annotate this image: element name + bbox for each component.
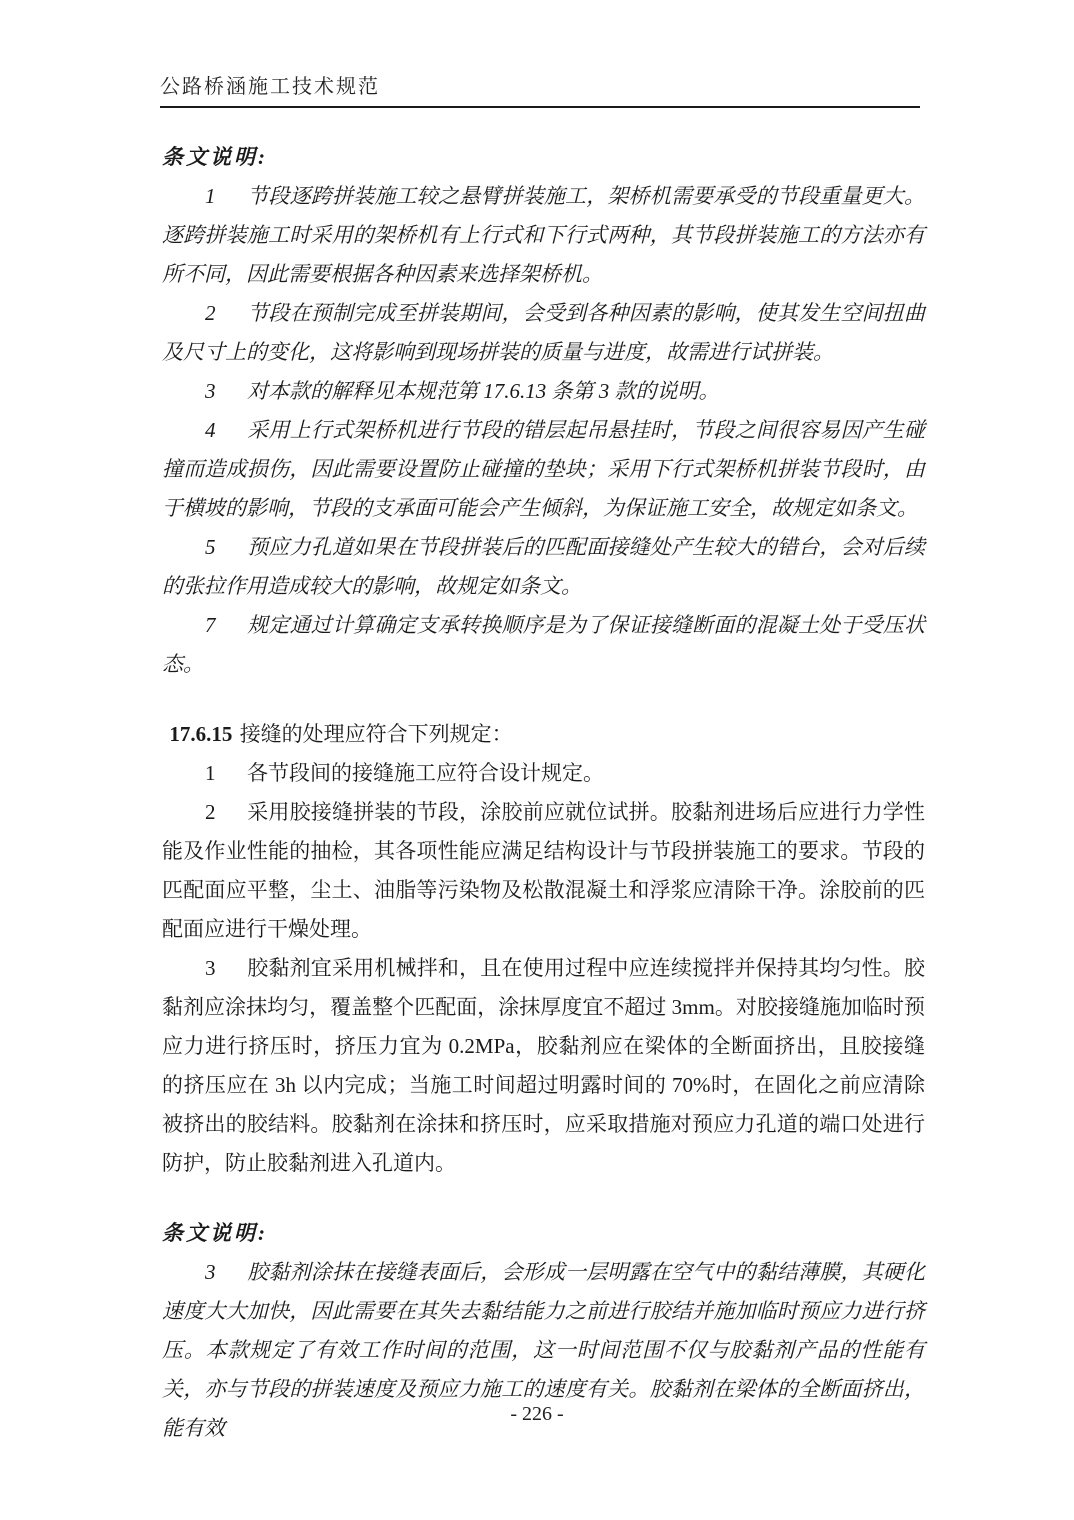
item-text: 采用上行式架桥机进行节段的错层起吊悬挂时，节段之间很容易因产生碰撞而造成损伤，因… [162, 418, 925, 520]
page-body: 条文说明:1节段逐跨拼装施工较之悬臂拼装施工，架桥机需要承受的节段重量更大。逐跨… [162, 138, 925, 1448]
item-text: 节段在预制完成至拼装期间，会受到各种因素的影响，使其发生空间扭曲及尺寸上的变化，… [162, 301, 925, 364]
page-number: - 226 - [0, 1403, 1074, 1426]
item-number: 3 [205, 956, 216, 980]
explanation-paragraph: 1节段逐跨拼装施工较之悬臂拼装施工，架桥机需要承受的节段重量更大。逐跨拼装施工时… [162, 177, 925, 294]
explanation-heading: 条文说明: [162, 1214, 925, 1253]
item-text: 对本款的解释见本规范第 17.6.13 条第 3 款的说明。 [247, 379, 720, 403]
item-number: 3 [205, 379, 216, 403]
item-number: 2 [205, 800, 216, 824]
explanation-heading: 条文说明: [162, 138, 925, 177]
item-text: 预应力孔道如果在节段拼装后的匹配面接缝处产生较大的错台，会对后续的张拉作用造成较… [162, 535, 925, 598]
item-text: 规定通过计算确定支承转换顺序是为了保证接缝断面的混凝土处于受压状态。 [162, 613, 925, 676]
item-text: 采用胶接缝拼装的节段，涂胶前应就位试拼。胶黏剂进场后应进行力学性能及作业性能的抽… [162, 800, 925, 941]
item-text: 各节段间的接缝施工应符合设计规定。 [247, 761, 604, 785]
item-number: 2 [205, 301, 216, 325]
section-spacer [162, 1183, 925, 1214]
running-header: 公路桥涵施工技术规范 [160, 70, 920, 108]
clause-paragraph: 2采用胶接缝拼装的节段，涂胶前应就位试拼。胶黏剂进场后应进行力学性能及作业性能的… [162, 793, 925, 949]
clause-number: 17.6.15 [169, 722, 232, 746]
section-spacer [162, 684, 925, 715]
explanation-paragraph: 7规定通过计算确定支承转换顺序是为了保证接缝断面的混凝土处于受压状态。 [162, 606, 925, 684]
item-number: 3 [205, 1260, 216, 1284]
item-number: 7 [205, 613, 216, 637]
explanation-paragraph: 2节段在预制完成至拼装期间，会受到各种因素的影响，使其发生空间扭曲及尺寸上的变化… [162, 294, 925, 372]
explanation-paragraph: 5预应力孔道如果在节段拼装后的匹配面接缝处产生较大的错台，会对后续的张拉作用造成… [162, 528, 925, 606]
explanation-paragraph: 4采用上行式架桥机进行节段的错层起吊悬挂时，节段之间很容易因产生碰撞而造成损伤，… [162, 411, 925, 528]
item-number: 1 [205, 761, 216, 785]
clause-heading: 17.6.15接缝的处理应符合下列规定： [162, 715, 925, 754]
clause-paragraph: 3胶黏剂宜采用机械拌和，且在使用过程中应连续搅拌并保持其均匀性。胶黏剂应涂抹均匀… [162, 949, 925, 1183]
explanation-paragraph: 3对本款的解释见本规范第 17.6.13 条第 3 款的说明。 [162, 372, 925, 411]
clause-heading-text: 接缝的处理应符合下列规定： [240, 722, 513, 746]
item-number: 4 [205, 418, 216, 442]
item-number: 5 [205, 535, 216, 559]
document-page: 公路桥涵施工技术规范 条文说明:1节段逐跨拼装施工较之悬臂拼装施工，架桥机需要承… [0, 0, 1074, 1520]
item-text: 节段逐跨拼装施工较之悬臂拼装施工，架桥机需要承受的节段重量更大。逐跨拼装施工时采… [162, 184, 925, 286]
item-text: 胶黏剂宜采用机械拌和，且在使用过程中应连续搅拌并保持其均匀性。胶黏剂应涂抹均匀，… [162, 956, 925, 1175]
clause-paragraph: 1各节段间的接缝施工应符合设计规定。 [162, 754, 925, 793]
item-number: 1 [205, 184, 216, 208]
